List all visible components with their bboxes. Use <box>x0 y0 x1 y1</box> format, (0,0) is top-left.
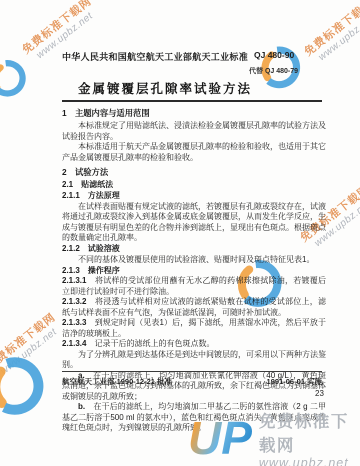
paragraph: 本标准规定了用贴滤纸法、浸渍法检验金属镀覆层孔隙率的试验方法及试验报告内容。 <box>62 121 326 142</box>
document-title: 金属镀覆层孔隙率试验方法 <box>50 79 280 97</box>
footer: 航空航天工业部 1990-12-21 批准 1991-06-01 实施 <box>62 376 322 387</box>
section-heading: 2.1.1 方法原理 <box>62 191 326 202</box>
section-heading: 2 试验方法 <box>62 167 326 178</box>
paragraph: 本标准适用于航天产品金属镀覆层孔隙率的检验和验收，也适用于其它产品金属镀覆层孔隙… <box>62 142 326 163</box>
section-heading: 1 主题内容与适用范围 <box>62 108 326 119</box>
standard-replaces: 代替 QJ 480-79 <box>249 66 298 76</box>
paragraph: 2.1.3.1 将试样的受试部位用蘸有无水乙醇的药棉球擦拭除油，若镀覆后立即进行… <box>62 276 326 297</box>
implementation-note: 1991-06-01 实施 <box>267 376 322 387</box>
standard-number: QJ 480-90 <box>254 50 294 60</box>
up-logo-swirl-icon <box>0 56 30 100</box>
paragraph: 为了分辨孔隙是到达基体还是到达中间镀层的，可采用以下两种方法鉴别。 <box>62 350 326 371</box>
up-logo-swirl-icon <box>0 344 57 426</box>
watermark-site-name: 免费标准下载网 <box>282 0 360 74</box>
page-number: 23 <box>315 389 324 398</box>
footer-rule <box>62 371 322 372</box>
up-logo-text: UP <box>188 417 252 461</box>
section-heading: 2.1 贴滤纸法 <box>62 180 326 191</box>
paragraph: 2.1.3.3 到规定时间（见表1）后，揭下滤纸，用蒸馏水冲洗，然后平放于洁净的… <box>62 318 326 339</box>
paragraph: 2.1.3.2 将浸透与试样相对应试液的滤纸紧贴敷在试样的受试部位上，滤纸与试样… <box>62 297 326 318</box>
site-brand-logo: UP 免费标准下载网 www.upbz.net <box>188 408 360 466</box>
brand-site-name: 免费标准下载网 <box>259 408 360 456</box>
watermark-site-url: www.upbz.net <box>292 0 360 83</box>
scanned-document-page: 免费标准下载网 www.upbz.net 免费标准下载网 www.upbz.ne… <box>0 0 360 466</box>
standard-org-line: 中华人民共和国航空航天工业部航天工业标准 <box>62 50 248 63</box>
paragraph: 在试样表面贴覆有规定试液的滤纸，若镀覆层有孔隙或裂纹存在，试液将通过孔隙或裂纹渗… <box>62 202 326 244</box>
diagonal-watermark: 免费标准下载网 www.upbz.net <box>0 0 120 81</box>
brand-site-url: www.upbz.net <box>259 456 360 466</box>
watermark-site-url: www.upbz.net <box>10 0 121 81</box>
paragraph: 不同的基体及镀覆层使用的试验溶液、贴覆时间及斑点特征见表1。 <box>62 255 326 266</box>
header-rule <box>62 100 322 102</box>
paragraph: 2.1.3.4 记录干后的滤纸上的有色斑点数。 <box>62 339 326 350</box>
section-heading: 2.1.2 试验溶液 <box>62 244 326 255</box>
approval-note: 航空航天工业部 1990-12-21 批准 <box>62 376 172 387</box>
section-heading: 2.1.3 操作程序 <box>62 266 326 277</box>
